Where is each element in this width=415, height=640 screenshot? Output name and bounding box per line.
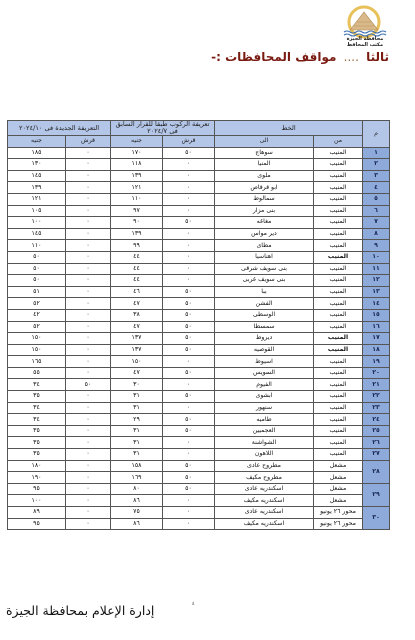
new-pound: ٥٠ [8,251,66,263]
table-row: ٢المنيبالمنيا٠١١٨٠١٣٠ [8,159,390,171]
old-piaster: ٥٠ [163,483,215,495]
route-to: دير مواس [215,228,314,240]
new-piaster: ٠ [66,449,111,461]
route-to: مطاى [215,240,314,252]
old-pound: ١٣٧ [111,333,163,345]
new-piaster: ٠ [66,425,111,437]
route-to: ببا [215,286,314,298]
table-row: ١٢المنيببنى سويف غربى٠٤٤٠٥٠ [8,275,390,287]
new-piaster: ٠ [66,217,111,229]
table-row: ١٠المنيباهناسيا٠٤٤٠٥٠ [8,251,390,263]
table-row: ٢٢المنيبابشوى٥٠٣١٠٣٥ [8,391,390,403]
route-to: ديروط [215,333,314,345]
header-to: الى [215,136,314,148]
new-pound: ٥٠ [8,275,66,287]
table-row: ٩المنيبمطاى٠٩٩٠١١٠ [8,240,390,252]
route-from: المنيب [314,286,363,298]
route-from: المنيب [314,240,363,252]
row-index: ٦ [363,205,390,217]
old-piaster: ٥٠ [163,309,215,321]
route-from: محور ٢٦ يونيو [314,507,363,519]
old-piaster: ٠ [163,193,215,205]
table-row: ٢٩مشعلاسكندريه عادى٥٠٨٠٠٩٥ [8,483,390,495]
new-piaster: ٠ [66,286,111,298]
route-to: اللاهون [215,449,314,461]
route-from: المنيب [314,251,363,263]
new-piaster: ٠ [66,263,111,275]
table-row: ٥المنيبسمالوط٠١١٠٠١٢١ [8,193,390,205]
new-pound: ٣٤ [8,379,66,391]
row-index: ١ [363,147,390,159]
old-pound: ٨٦ [111,495,163,507]
route-from: المنيب [314,147,363,159]
route-to: القوصيه [215,344,314,356]
table-row: ١٧المنيبديروط٥٠١٣٧٠١٥٠ [8,333,390,345]
row-index: ١٨ [363,344,390,356]
row-index: ٣ [363,170,390,182]
route-to: سمالوط [215,193,314,205]
route-to: سوهاج [215,147,314,159]
route-to: ابو قرقاص [215,182,314,194]
row-index: ٢٧ [363,449,390,461]
row-index: ٢٥ [363,425,390,437]
new-pound: ٣٥ [8,437,66,449]
new-pound: ٥١ [8,286,66,298]
old-pound: ٤٤ [111,263,163,275]
old-piaster: ٠ [163,205,215,217]
route-from: المنيب [314,205,363,217]
table-row: ٤المنيبابو قرقاص٠١٢١٠١٣٩ [8,182,390,194]
route-to: سنهور [215,402,314,414]
table-row: ١٩المنيباسيوط٠١٥٠٠١٦٥ [8,356,390,368]
new-piaster: ٠ [66,147,111,159]
old-pound: ٩٠ [111,217,163,229]
new-piaster: ٠ [66,193,111,205]
old-piaster: ٥٠ [163,217,215,229]
route-to: اسكندريه مكيف [215,495,314,507]
old-piaster: ٥٠ [163,298,215,310]
table-row: ١٤المنيبالفشن٥٠٤٧٠٥٢ [8,298,390,310]
row-index: ١٣ [363,286,390,298]
old-piaster: ٠ [163,402,215,414]
route-to: مطروح عادى [215,460,314,472]
table-row: ١المنيبسوهاج٥٠١٧٠٠١٨٥ [8,147,390,159]
old-pound: ٧٥ [111,507,163,519]
new-pound: ٥٢ [8,298,66,310]
old-pound: ٨٦ [111,518,163,530]
row-index: ٥ [363,193,390,205]
row-index: ٩ [363,240,390,252]
old-pound: ٤٧ [111,367,163,379]
new-pound: ٥٠ [8,263,66,275]
row-index: ٨ [363,228,390,240]
old-pound: ٣١ [111,402,163,414]
old-pound: ٣٠ [111,379,163,391]
table-row: ٢٠المنيبالسويس٥٠٤٧٠٥٥ [8,367,390,379]
fares-table: م الخط تعريفة الركوب طبقا للقرار السابق … [7,120,390,530]
row-index: ١٥ [363,309,390,321]
table-row: ٣٠محور ٢٦ يونيواسكندريه عادى٠٧٥٠٨٩ [8,507,390,519]
old-pound: ٩٩ [111,240,163,252]
old-pound: ١٢١ [111,182,163,194]
row-index: ٢ [363,159,390,171]
route-from: مشعل [314,483,363,495]
header-new-piaster: قرش [66,136,111,148]
new-pound: ١٠٥ [8,205,66,217]
new-pound: ١٨٥ [8,147,66,159]
row-index: ٢١ [363,379,390,391]
table-row: ١٥المنيبالوسطى٥٠٣٨٠٤٢ [8,309,390,321]
route-from: المنيب [314,321,363,333]
old-pound: ٤٤ [111,251,163,263]
new-pound: ٣٤ [8,414,66,426]
table-row: ١٨المنيبالقوصيه٥٠١٣٧٠١٥٠ [8,344,390,356]
route-to: اسيوط [215,356,314,368]
old-piaster: ٥٠ [163,391,215,403]
table-row: ٢٤المنيبطاميه٥٠٢٩٠٣٤ [8,414,390,426]
row-index: ١٢ [363,275,390,287]
old-piaster: ٠ [163,240,215,252]
route-to: مطروح مكيف [215,472,314,484]
footer-text: إدارة الإعلام بمحافظة الجيزة [6,603,154,618]
table-row: ١٣المنيبببا٥٠٤٦٠٥١ [8,286,390,298]
route-from: المنيب [314,298,363,310]
row-index: ٢٠ [363,367,390,379]
row-index: ١٤ [363,298,390,310]
old-piaster: ٥٠ [163,344,215,356]
header-new-pound: جنيه [8,136,66,148]
row-index: ٢٢ [363,391,390,403]
old-piaster: ٠ [163,518,215,530]
route-to: السويس [215,367,314,379]
old-pound: ٤٧ [111,321,163,333]
route-to: الوسطى [215,309,314,321]
new-pound: ٣٥ [8,449,66,461]
route-to: مغاغه [215,217,314,229]
route-to: المنيا [215,159,314,171]
route-to: العجميين [215,425,314,437]
old-piaster: ٠ [163,449,215,461]
old-pound: ٨٠ [111,483,163,495]
new-pound: ٥٢ [8,321,66,333]
route-from: مشعل [314,495,363,507]
route-to: الشواشنة [215,437,314,449]
table-row: محور ٢٦ يونيواسكندريه مكيف٠٨٦٠٩٥ [8,518,390,530]
old-piaster: ٥٠ [163,472,215,484]
old-piaster: ٥٠ [163,286,215,298]
row-index: ٣٠ [363,507,390,530]
route-to: اهناسيا [215,251,314,263]
old-piaster: ٥٠ [163,147,215,159]
route-to: الفيوم [215,379,314,391]
old-pound: ٣٨ [111,309,163,321]
row-index: ٢٩ [363,483,390,506]
page-mark: ٤ [192,601,195,607]
new-piaster: ٠ [66,402,111,414]
route-from: المنيب [314,391,363,403]
logo-caption: محافظة الجيزة مكتب المحافظ [336,36,394,48]
old-pound: ١٣٩ [111,170,163,182]
new-piaster: ٠ [66,437,111,449]
table-row: ٢١المنيبالفيوم٠٣٠٥٠٣٤ [8,379,390,391]
new-pound: ١٥٠ [8,344,66,356]
new-piaster: ٠ [66,344,111,356]
new-piaster: ٠ [66,495,111,507]
table-row: ٢٥المنيبالعجميين٥٠٣١٠٣٥ [8,425,390,437]
table-row: ٨المنيبدير مواس٠١٣٩٠١٤٥ [8,228,390,240]
table-row: مشعلاسكندريه مكيف٠٨٦٠١٠٠ [8,495,390,507]
new-pound: ١٤٥ [8,228,66,240]
table-header-row-2: من الى قرش جنيه قرش جنيه [8,136,390,148]
new-pound: ١٠٠ [8,217,66,229]
old-pound: ١٧٠ [111,147,163,159]
new-piaster: ٠ [66,460,111,472]
old-pound: ٢٩ [111,414,163,426]
new-pound: ١٩٠ [8,472,66,484]
section-heading: مواقف المحافظات :- [211,50,336,64]
header-old-pound: جنيه [111,136,163,148]
old-piaster: ٥٠ [163,414,215,426]
old-piaster: ٠ [163,379,215,391]
old-piaster: ٠ [163,263,215,275]
new-pound: ٩٥ [8,483,66,495]
old-piaster: ٥٠ [163,425,215,437]
section-title: ثالثا .... مواقف المحافظات :- [211,50,389,64]
new-pound: ٣٤ [8,402,66,414]
old-piaster: ٠ [163,251,215,263]
old-pound: ٣١ [111,391,163,403]
new-piaster: ٠ [66,182,111,194]
old-piaster: ٠ [163,159,215,171]
route-from: مشعل [314,472,363,484]
old-piaster: ٠ [163,275,215,287]
route-to: اسكندريه عادى [215,483,314,495]
section-number: ثالثا [366,50,389,64]
route-from: المنيب [314,449,363,461]
old-piaster: ٠ [163,170,215,182]
old-piaster: ٥٠ [163,333,215,345]
new-pound: ١٥٠ [8,333,66,345]
new-pound: ١٢١ [8,193,66,205]
table-row: ٦المنيببنى مزار٠٩٧٠١٠٥ [8,205,390,217]
logo-caption-office: مكتب المحافظ [336,42,394,48]
table-row: ٢٨مشعلمطروح عادى٥٠١٥٨٠١٨٠ [8,460,390,472]
new-piaster: ٥٠ [66,379,111,391]
section-dots: .... [344,50,359,64]
route-to: ابشوى [215,391,314,403]
new-pound: ١٣٠ [8,159,66,171]
route-from: مشعل [314,460,363,472]
row-index: ١٠ [363,251,390,263]
route-from: محور ٢٦ يونيو [314,518,363,530]
header-new-fare: التعريفة الجديدة فى ٢٠٢٤/١٠ [8,121,111,136]
new-piaster: ٠ [66,240,111,252]
new-piaster: ٠ [66,391,111,403]
old-pound: ١٣٧ [111,344,163,356]
new-pound: ٣٥ [8,425,66,437]
route-from: المنيب [314,414,363,426]
route-from: المنيب [314,228,363,240]
route-from: المنيب [314,170,363,182]
old-pound: ٩٧ [111,205,163,217]
route-to: الفشن [215,298,314,310]
route-from: المنيب [314,275,363,287]
old-piaster: ٠ [163,182,215,194]
new-piaster: ٠ [66,228,111,240]
old-piaster: ٠ [163,356,215,368]
row-index: ٧ [363,217,390,229]
route-to: بنى سويف غربى [215,275,314,287]
route-from: المنيب [314,379,363,391]
route-from: المنيب [314,182,363,194]
old-pound: ١٥٠ [111,356,163,368]
route-to: اسكندريه مكيف [215,518,314,530]
route-from: المنيب [314,263,363,275]
route-from: المنيب [314,333,363,345]
row-index: ١٩ [363,356,390,368]
old-piaster: ٥٠ [163,321,215,333]
row-index: ٢٨ [363,460,390,483]
table-row: ٧المنيبمغاغه٥٠٩٠٠١٠٠ [8,217,390,229]
route-to: سمسطا [215,321,314,333]
new-piaster: ٠ [66,507,111,519]
new-pound: ١٣٩ [8,182,66,194]
new-piaster: ٠ [66,309,111,321]
old-piaster: ٠ [163,228,215,240]
new-piaster: ٠ [66,414,111,426]
new-pound: ١٤٥ [8,170,66,182]
new-piaster: ٠ [66,483,111,495]
old-piaster: ٥٠ [163,367,215,379]
row-index: ١١ [363,263,390,275]
new-piaster: ٠ [66,251,111,263]
table-row: ٣المنيبملوى٠١٣٩٠١٤٥ [8,170,390,182]
route-from: المنيب [314,402,363,414]
old-pound: ١١٠ [111,193,163,205]
new-piaster: ٠ [66,298,111,310]
new-piaster: ٠ [66,333,111,345]
row-index: ١٦ [363,321,390,333]
route-from: المنيب [314,309,363,321]
header-from: من [314,136,363,148]
new-piaster: ٠ [66,321,111,333]
route-to: اسكندريه عادى [215,507,314,519]
header-old-fare: تعريفة الركوب طبقا للقرار السابق فى ٢٠٢٤… [111,121,215,136]
header-old-piaster: قرش [163,136,215,148]
table-row: مشعلمطروح مكيف٥٠١٦٩٠١٩٠ [8,472,390,484]
old-piaster: ٠ [163,495,215,507]
new-pound: ٤٢ [8,309,66,321]
old-pound: ١١٨ [111,159,163,171]
new-piaster: ٠ [66,518,111,530]
route-from: المنيب [314,217,363,229]
new-pound: ٥٥ [8,367,66,379]
old-pound: ١٥٨ [111,460,163,472]
header-index: م [363,121,390,148]
new-piaster: ٠ [66,159,111,171]
route-to: طاميه [215,414,314,426]
old-piaster: ٥٠ [163,460,215,472]
old-pound: ٣١ [111,425,163,437]
row-index: ٢٦ [363,437,390,449]
row-index: ١٧ [363,333,390,345]
route-to: بنى مزار [215,205,314,217]
table-body: ١المنيبسوهاج٥٠١٧٠٠١٨٥٢المنيبالمنيا٠١١٨٠١… [8,147,390,530]
old-pound: ٤٧ [111,298,163,310]
route-from: المنيب [314,356,363,368]
old-pound: ٣١ [111,437,163,449]
new-piaster: ٠ [66,170,111,182]
old-pound: ٣١ [111,449,163,461]
table-row: ١١المنيببنى سويف شرقى٠٤٤٠٥٠ [8,263,390,275]
row-index: ٤ [363,182,390,194]
new-piaster: ٠ [66,356,111,368]
new-pound: ٨٩ [8,507,66,519]
new-pound: ٩٥ [8,518,66,530]
new-piaster: ٠ [66,367,111,379]
route-to: بنى سويف شرقى [215,263,314,275]
old-pound: ٤٤ [111,275,163,287]
route-from: المنيب [314,367,363,379]
new-piaster: ٠ [66,275,111,287]
row-index: ٢٣ [363,402,390,414]
route-from: المنيب [314,344,363,356]
old-pound: ٤٦ [111,286,163,298]
new-pound: ٣٥ [8,391,66,403]
route-from: المنيب [314,159,363,171]
new-pound: ١١٠ [8,240,66,252]
table-row: ١٦المنيبسمسطا٥٠٤٧٠٥٢ [8,321,390,333]
old-pound: ١٦٩ [111,472,163,484]
new-piaster: ٠ [66,472,111,484]
new-pound: ١٨٠ [8,460,66,472]
new-pound: ١٦٥ [8,356,66,368]
route-from: المنيب [314,425,363,437]
old-piaster: ٠ [163,507,215,519]
route-from: المنيب [314,437,363,449]
old-pound: ١٣٩ [111,228,163,240]
new-pound: ١٠٠ [8,495,66,507]
table-header-row-1: م الخط تعريفة الركوب طبقا للقرار السابق … [8,121,390,136]
table-row: ٢٧المنيباللاهون٠٣١٠٣٥ [8,449,390,461]
table-row: ٢٦المنيبالشواشنة٠٣١٠٣٥ [8,437,390,449]
route-from: المنيب [314,193,363,205]
table-row: ٢٣المنيبسنهور٠٣١٠٣٤ [8,402,390,414]
route-to: ملوى [215,170,314,182]
row-index: ٢٤ [363,414,390,426]
new-piaster: ٠ [66,205,111,217]
header-route: الخط [215,121,363,136]
old-piaster: ٠ [163,437,215,449]
